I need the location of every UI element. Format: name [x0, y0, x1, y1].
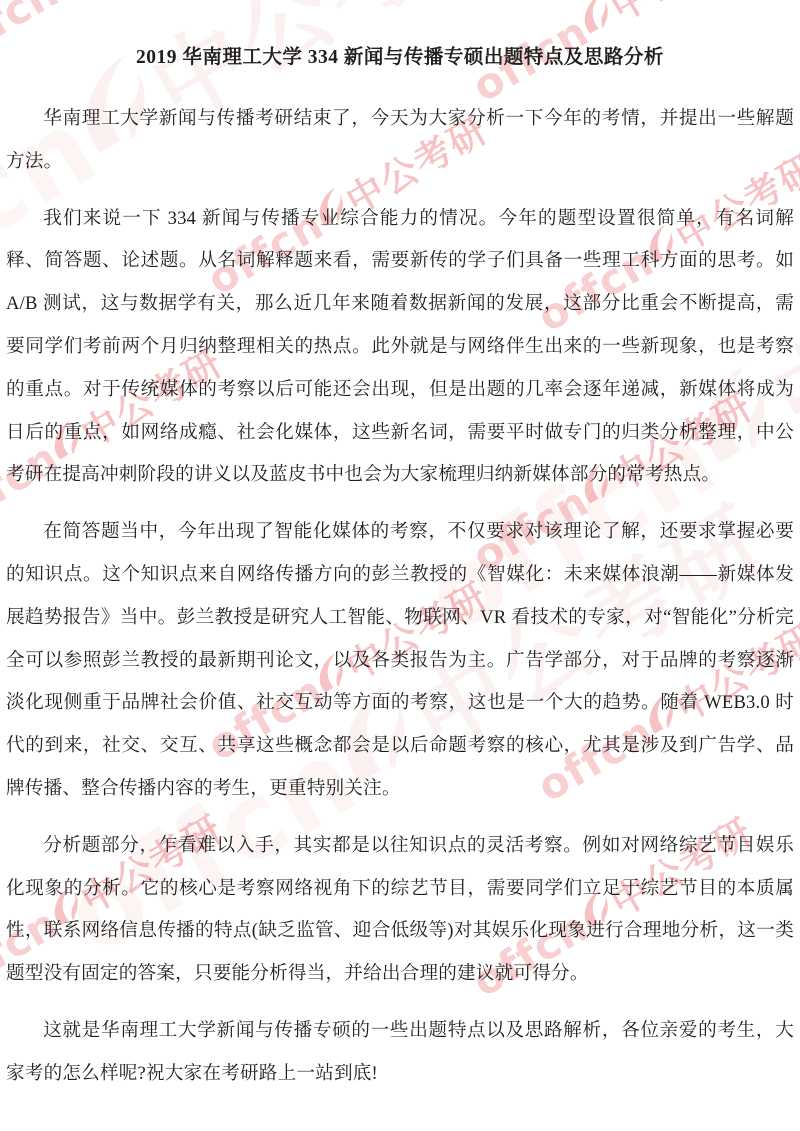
document-body: 2019 华南理工大学 334 新闻与传播专硕出题特点及思路分析 华南理工大学新… — [0, 0, 800, 1096]
paragraph-intro: 华南理工大学新闻与传播考研结束了，今天为大家分析一下今年的考情，并提出一些解题方… — [6, 98, 794, 184]
paragraph-question-types: 我们来说一下 334 新闻与传播专业综合能力的情况。今年的题型设置很简单，有名词… — [6, 198, 794, 498]
document-page: offcn中公考研offcn中公考研offcn中公考研offcn中公考研offc… — [0, 0, 800, 1131]
paragraph-short-answer: 在简答题当中，今年出现了智能化媒体的考察，不仅要求对该理论了解，还要求掌握必要的… — [6, 511, 794, 811]
paragraph-analysis-questions: 分析题部分，乍看难以入手，其实都是以往知识点的灵活考察。例如对网络综艺节目娱乐化… — [6, 825, 794, 996]
paragraph-closing: 这就是华南理工大学新闻与传播专硕的一些出题特点以及思路解析，各位亲爱的考生，大家… — [6, 1010, 794, 1096]
document-title: 2019 华南理工大学 334 新闻与传播专硕出题特点及思路分析 — [6, 44, 794, 72]
